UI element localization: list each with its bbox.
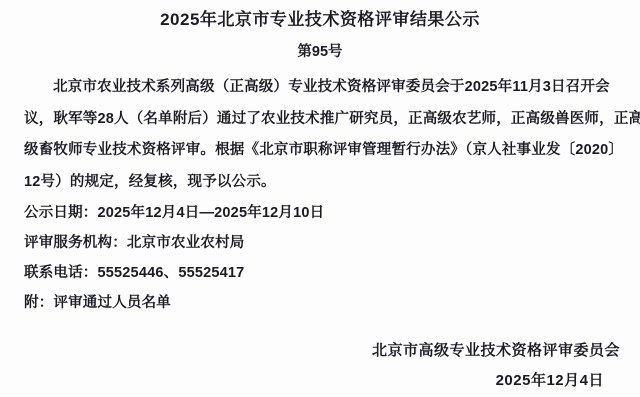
meta-block: 公示日期：2025年12月4日—2025年12月10日 评审服务机构：北京市农业… (24, 198, 616, 318)
attachment-note: 附：评审通过人员名单 (24, 288, 616, 318)
document-number: 第95号 (0, 43, 640, 61)
body-line-2: 议，耿军等28人（名单附后）通过了农业技术推广研究员，正高级农艺师，正高级兽医师… (24, 104, 616, 136)
body-line-1: 北京市农业技术系列高级（正高级）专业技术资格评审委员会于2025年11月3日召开… (24, 72, 616, 104)
contact-phone: 联系电话：55525446、55525417 (24, 258, 616, 288)
body-paragraph: 北京市农业技术系列高级（正高级）专业技术资格评审委员会于2025年11月3日召开… (24, 72, 616, 198)
publicity-period: 公示日期：2025年12月4日—2025年12月10日 (24, 198, 616, 228)
announcement-document: 2025年北京市专业技术资格评审结果公示 第95号 北京市农业技术系列高级（正高… (0, 0, 640, 397)
review-agency: 评审服务机构：北京市农业农村局 (24, 228, 616, 258)
issuing-committee-signature: 北京市高级专业技术资格评审委员会 (0, 336, 640, 366)
body-line-4: 12号）的规定，经复核，现予以公示。 (24, 167, 616, 199)
body-line-3: 级畜牧师专业技术资格评审。根据《北京市职称评审管理暂行办法》（京人社事业发〔20… (24, 135, 616, 167)
page-title: 2025年北京市专业技术资格评审结果公示 (0, 0, 640, 30)
signature-date: 2025年12月4日 (0, 366, 640, 396)
